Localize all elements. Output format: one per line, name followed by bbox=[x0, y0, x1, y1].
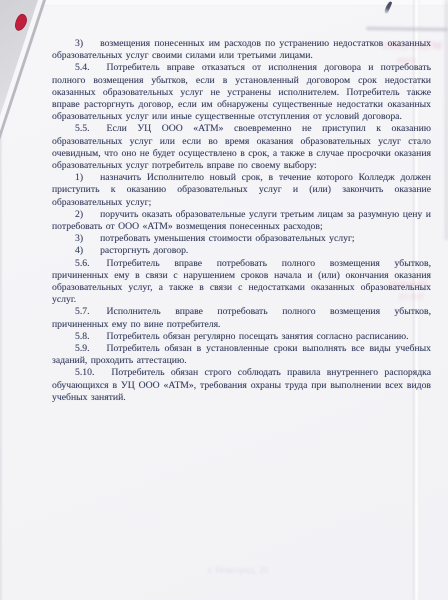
page-right-edge-shadow bbox=[443, 0, 448, 240]
clause-paragraph: 5.4.Потребитель вправе отказаться от исп… bbox=[52, 62, 431, 123]
clause-number: 3) bbox=[75, 38, 83, 50]
clause-number: 4) bbox=[75, 245, 83, 257]
clause-paragraph: 1)назначить Исполнителю новый срок, в те… bbox=[52, 172, 431, 209]
clause-number: 1) bbox=[75, 172, 83, 184]
clause-text: Потребитель вправе отказаться от исполне… bbox=[52, 62, 431, 122]
clause-number: 2) bbox=[75, 209, 83, 221]
clause-text: Потребитель обязан регулярно посещать за… bbox=[107, 331, 409, 342]
clause-paragraph: 2)поручить оказать образовательные услуг… bbox=[52, 209, 431, 233]
clause-text: назначить Исполнителю новый срок, в тече… bbox=[52, 172, 431, 207]
clause-text: Исполнитель вправе потребовать полного в… bbox=[52, 306, 431, 329]
clause-number: 5.5. bbox=[75, 123, 90, 135]
clause-number: 3) bbox=[75, 233, 83, 245]
clause-number: 5.8. bbox=[75, 331, 90, 343]
clause-text: Потребитель обязан в установленные сроки… bbox=[52, 343, 431, 366]
clause-paragraph: 5.8.Потребитель обязан регулярно посещат… bbox=[52, 331, 431, 343]
faint-footer-text: г. Новгород, 20 bbox=[208, 566, 268, 576]
scan-top-edge bbox=[0, 0, 448, 6]
underlying-sheet-edge bbox=[366, 26, 448, 31]
clause-paragraph: 5.9.Потребитель обязан в установленные с… bbox=[52, 343, 431, 367]
clause-text: расторгнуть договор. bbox=[100, 245, 188, 256]
clause-text: Если УЦ ООО «АТМ» своевременно не присту… bbox=[52, 123, 431, 171]
clause-number: 5.4. bbox=[75, 62, 90, 74]
clause-paragraph: 5.5.Если УЦ ООО «АТМ» своевременно не пр… bbox=[52, 123, 431, 172]
clause-paragraph: 5.10.Потребитель обязан строго соблюдать… bbox=[52, 367, 431, 404]
clause-text: потребовать уменьшения стоимости образов… bbox=[100, 233, 355, 244]
clause-text: Потребитель вправе потребовать полного в… bbox=[52, 258, 431, 306]
clause-paragraph: 3)потребовать уменьшения стоимости образ… bbox=[52, 233, 431, 245]
clause-paragraph: 5.6.Потребитель вправе потребовать полно… bbox=[52, 258, 431, 307]
clause-paragraph: 4)расторгнуть договор. bbox=[52, 245, 431, 257]
page-left-edge-shadow bbox=[0, 125, 3, 600]
clause-number: 5.10. bbox=[75, 367, 94, 379]
clause-paragraph: 3)возмещения понесенных им расходов по у… bbox=[52, 38, 431, 62]
clause-text: возмещения понесенных им расходов по уст… bbox=[52, 38, 431, 61]
clause-paragraph: 5.7.Исполнитель вправе потребовать полно… bbox=[52, 306, 431, 330]
clause-number: 5.9. bbox=[75, 343, 90, 355]
contract-text-block: 3)возмещения понесенных им расходов по у… bbox=[52, 38, 431, 404]
clause-text: поручить оказать образовательные услуги … bbox=[52, 209, 431, 232]
clause-number: 5.7. bbox=[75, 306, 90, 318]
scanned-page: ООО «АТМ ных тельных услуг г. Новгород, … bbox=[0, 0, 448, 600]
clause-text: Потребитель обязан строго соблюдать прав… bbox=[52, 367, 431, 402]
clause-number: 5.6. bbox=[75, 258, 90, 270]
